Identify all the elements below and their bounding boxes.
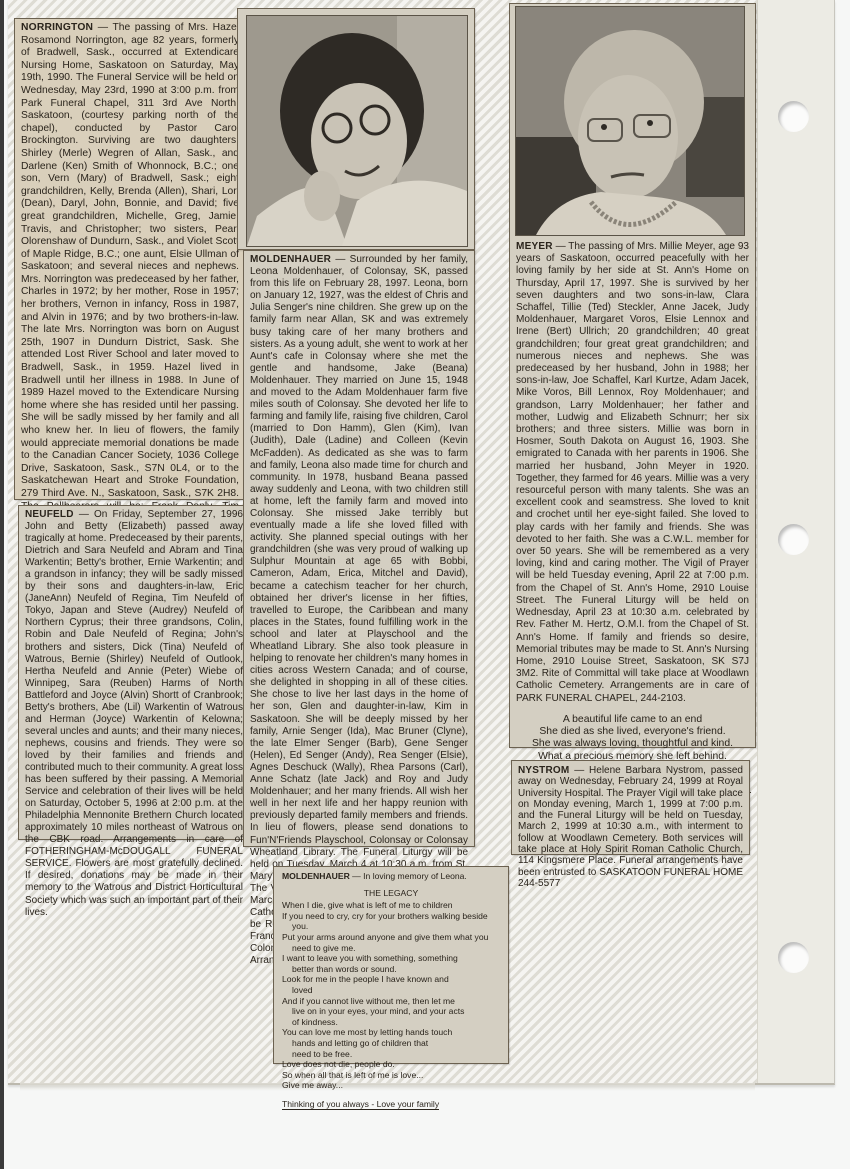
obituary-norrington: NORRINGTON — The passing of Mrs. Hazel R… [14, 18, 246, 500]
obituary-neufeld: NEUFELD — On Friday, September 27, 1996 … [18, 505, 250, 840]
poem-line: Put your arms around anyone and give the… [282, 932, 500, 943]
obituary-moldenhauer: MOLDENHAUER — Surrounded by her family, … [243, 250, 475, 847]
memorial-poem-clipping: MOLDENHAUER — In loving memory of Leona.… [273, 866, 509, 1064]
obituary-text: MOLDENHAUER — Surrounded by her family, … [244, 251, 474, 971]
poem-line: Look for me in the people I have known a… [282, 974, 500, 985]
memorial-signature: Thinking of you always - Love your famil… [282, 1099, 439, 1111]
deceased-name: NYSTROM [518, 765, 569, 776]
memorial-poem: MOLDENHAUER — In loving memory of Leona.… [274, 867, 508, 1114]
poem-title: THE LEGACY [282, 888, 500, 899]
scanner-edge [0, 0, 4, 1169]
deceased-name: NEUFELD [25, 509, 74, 520]
verse-line: She died as she lived, everyone's friend… [510, 726, 755, 738]
poem-line: live on in your eyes, your mind, and you… [282, 1006, 500, 1017]
photo-clipping-moldenhauer [237, 8, 475, 250]
memorial-dedication: — In loving memory of Leona. [350, 871, 467, 881]
poem-line: better than words or sound. [282, 964, 500, 975]
deceased-name: MOLDENHAUER [250, 254, 331, 265]
obituary-text: NYSTROM — Helene Barbara Nystrom, passed… [512, 761, 749, 892]
portrait-moldenhauer [246, 15, 468, 247]
poem-line: So when all that is left of me is love..… [282, 1070, 500, 1081]
obituary-body: — Surrounded by her family, Leona Molden… [250, 254, 468, 966]
memorial-name: MOLDENHAUER [282, 871, 350, 881]
binder-hole [778, 101, 809, 132]
poem-line: When I die, give what is left of me to c… [282, 900, 500, 911]
poem-lines: When I die, give what is left of me to c… [282, 900, 500, 1091]
obituary-body: — The passing of Mrs. Millie Meyer, age … [516, 241, 749, 704]
deceased-name: MEYER [516, 241, 553, 252]
poem-line: loved [282, 985, 500, 996]
poem-line: Give me away... [282, 1080, 500, 1091]
poem-line: you. [282, 921, 500, 932]
binder-hole [778, 942, 809, 973]
obituary-nystrom: NYSTROM — Helene Barbara Nystrom, passed… [511, 760, 750, 855]
poem-line: And if you cannot live without me, then … [282, 996, 500, 1007]
verse-line: A beautiful life came to an end [510, 714, 755, 726]
poem-line: need to be free. [282, 1049, 500, 1060]
obituary-body: — Helene Barbara Nystrom, passed away on… [518, 765, 743, 889]
poem-line: You can love me most by letting hands to… [282, 1027, 500, 1038]
poem-line: Love does not die, people do. [282, 1059, 500, 1070]
obituary-body: — The passing of Mrs. Hazel Rosamond Nor… [21, 22, 239, 575]
poem-line: of kindness. [282, 1017, 500, 1028]
portrait-image [516, 7, 744, 235]
deceased-name: NORRINGTON [21, 22, 93, 33]
poem-line: hands and letting go of children that [282, 1038, 500, 1049]
verse-line: She was always loving, thoughtful and ki… [510, 738, 755, 750]
obituary-text: NORRINGTON — The passing of Mrs. Hazel R… [15, 19, 245, 579]
obituary-meyer: MEYER — The passing of Mrs. Millie Meyer… [509, 3, 756, 748]
obituary-text: MEYER — The passing of Mrs. Millie Meyer… [510, 238, 755, 708]
portrait-meyer [515, 6, 745, 236]
obituary-body: — On Friday, September 27, 1996 John and… [25, 509, 243, 918]
obituary-text: NEUFELD — On Friday, September 27, 1996 … [19, 506, 249, 922]
poem-line: need to give me. [282, 943, 500, 954]
binder-hole [778, 524, 809, 555]
poem-line: I want to leave you with something, some… [282, 953, 500, 964]
portrait-image [247, 16, 467, 246]
poem-line: If you need to cry, cry for your brother… [282, 911, 500, 922]
